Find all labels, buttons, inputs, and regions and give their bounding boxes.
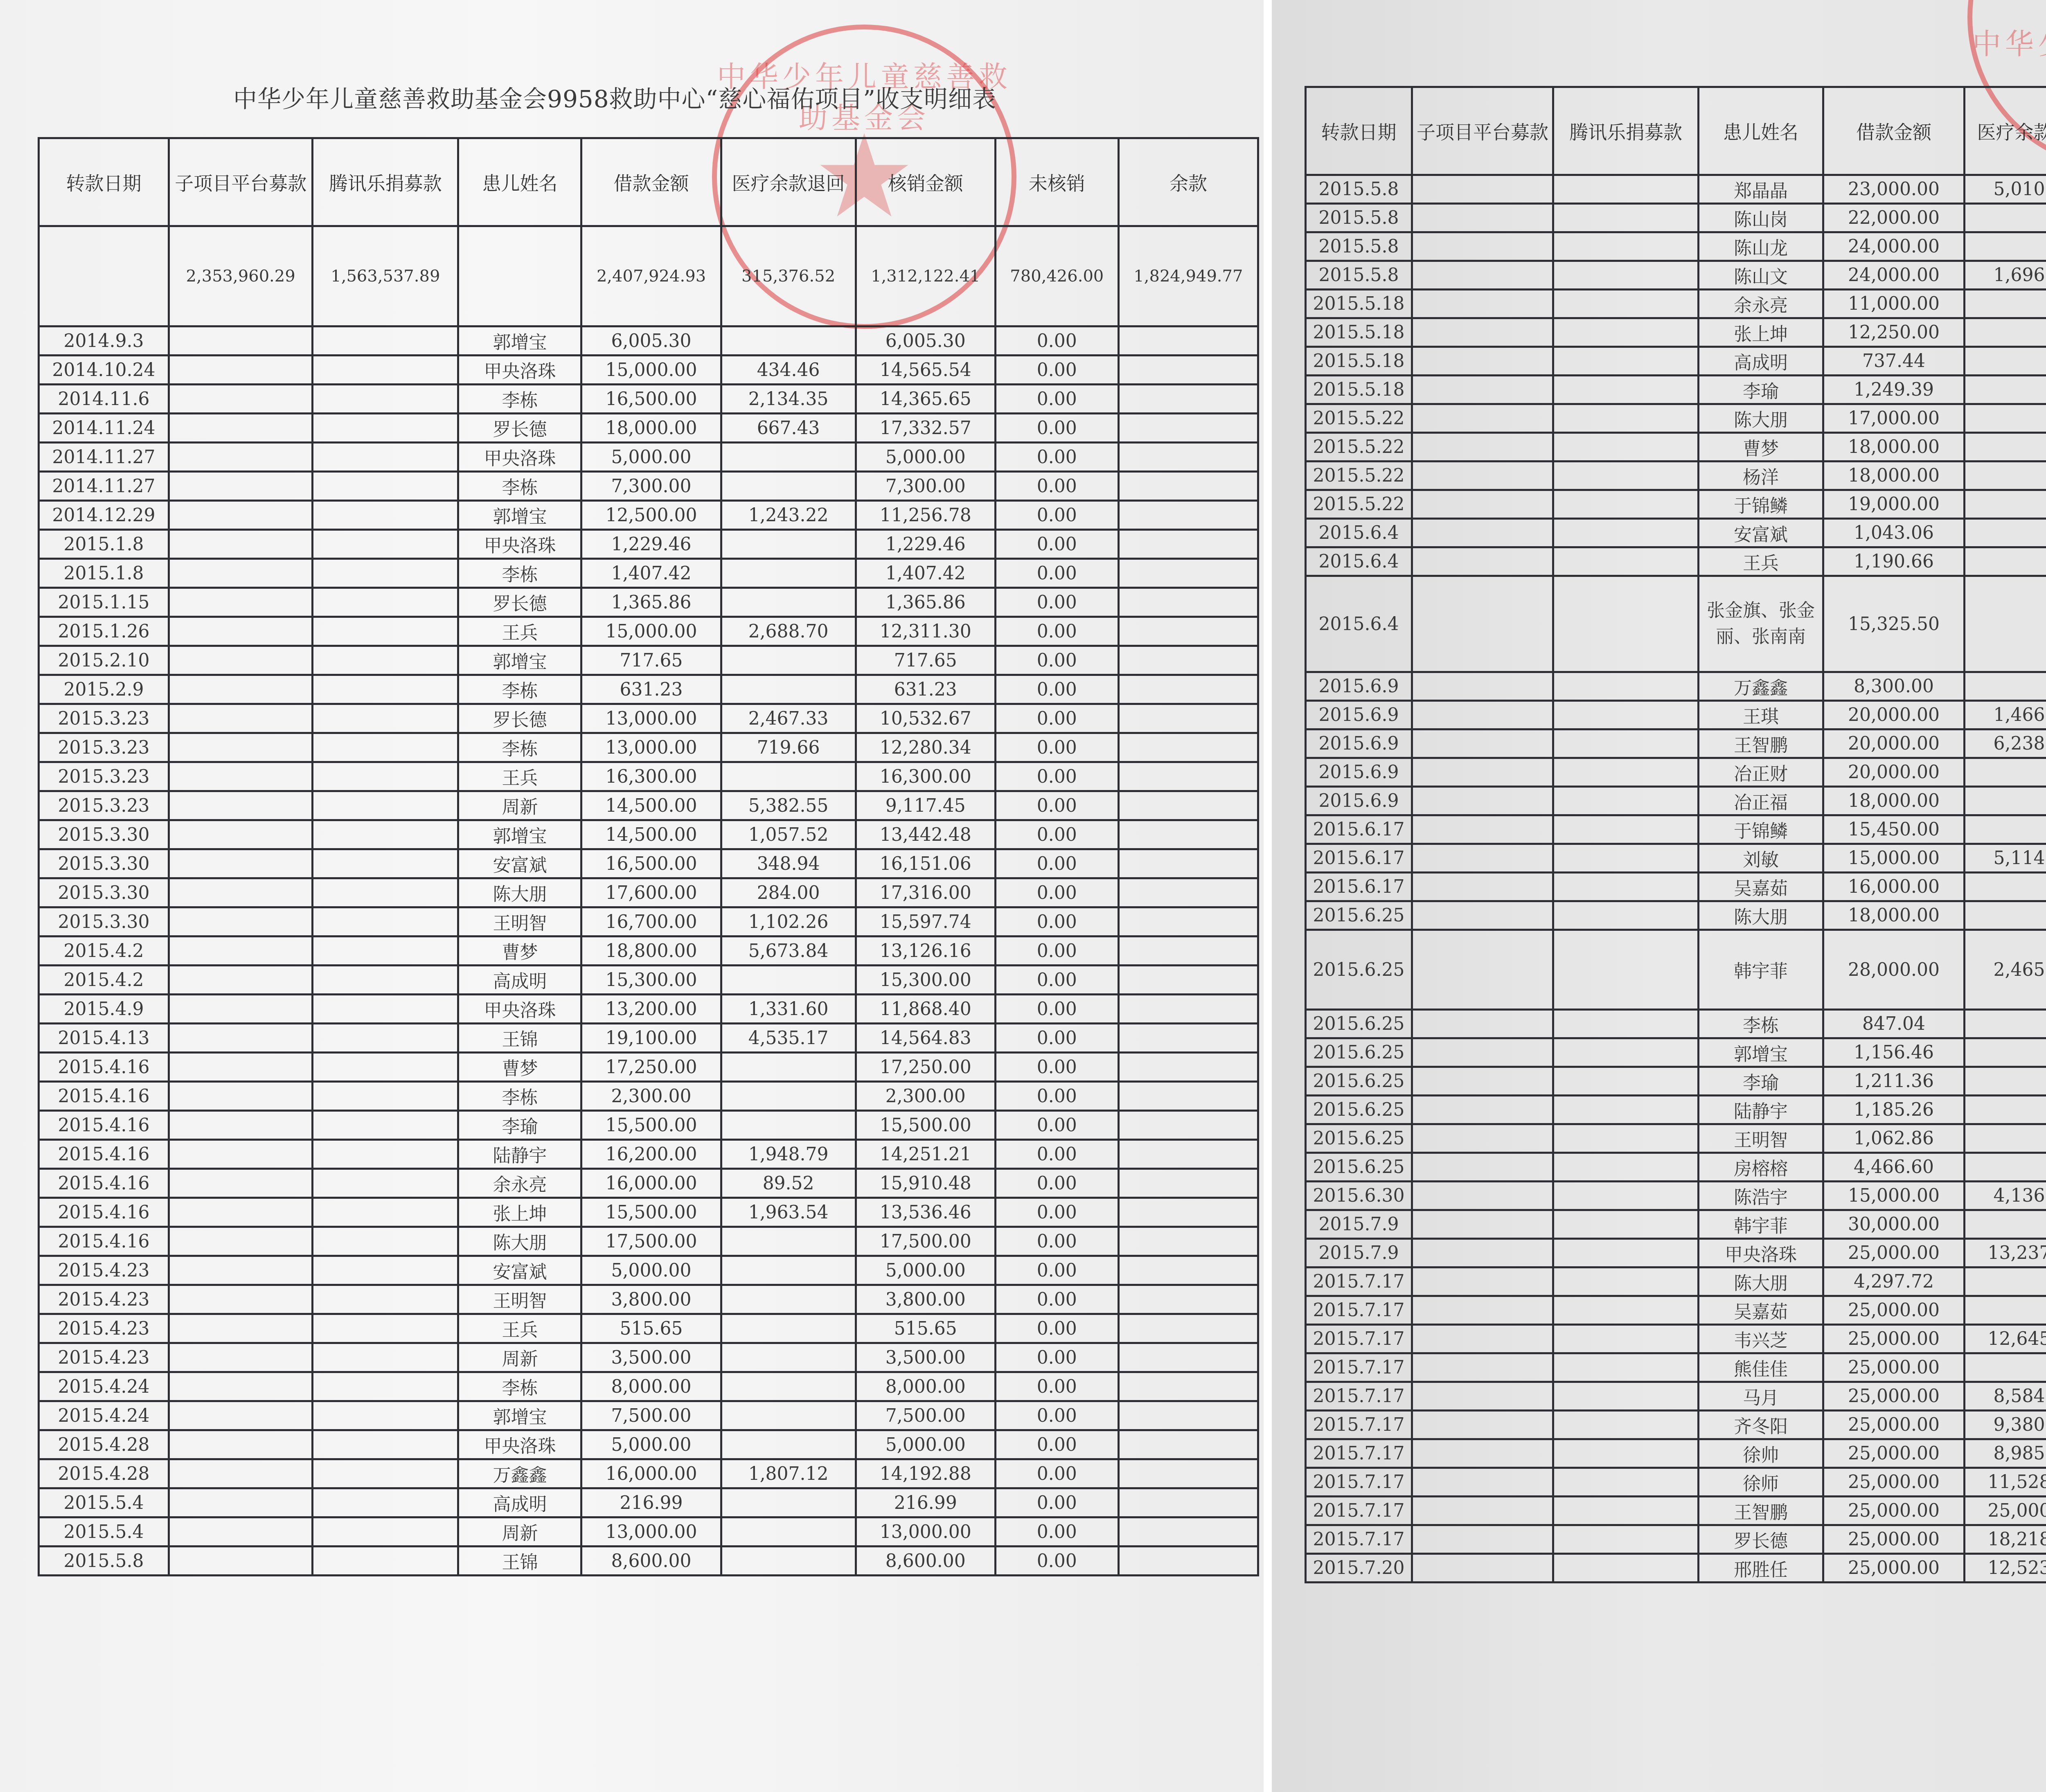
cell-writeoff-amount: 17,332.57: [856, 414, 995, 443]
cell-patient-name: 李栋: [458, 559, 581, 588]
cell-subproject-platform: [1412, 261, 1553, 290]
table-row: 2014.11.6李栋16,500.002,134.3514,365.650.0…: [39, 385, 1258, 414]
cell-patient-name: 王明智: [1699, 1124, 1823, 1153]
cell-tencent-donation: [1553, 519, 1699, 547]
cell-medical-refund: [721, 1517, 856, 1547]
cell-writeoff-amount: 8,000.00: [856, 1372, 995, 1401]
cell-balance: [1118, 791, 1258, 820]
cell-transfer-date: 2015.6.25: [1306, 930, 1412, 1010]
cell-subproject-platform: [169, 937, 313, 966]
cell-writeoff-amount: 11,868.40: [856, 995, 995, 1024]
cell-tencent-donation: [313, 1227, 458, 1256]
table-row: 2015.6.25李栋847.04847.040.00: [1306, 1010, 2046, 1038]
cell-writeoff-amount: 5,000.00: [856, 1256, 995, 1285]
cell-balance: [1118, 675, 1258, 704]
cell-balance: [1118, 1488, 1258, 1517]
cell-loan-amount: 25,000.00: [1823, 1382, 1965, 1411]
table-row: 2015.5.18李瑜1,249.391,249.390.00: [1306, 376, 2046, 404]
cell-loan-amount: 19,100.00: [581, 1024, 721, 1053]
cell-transfer-date: 2015.6.25: [1306, 901, 1412, 930]
cell-writeoff-amount: 3,500.00: [856, 1343, 995, 1372]
cell-writeoff-amount: 12,311.30: [856, 617, 995, 646]
total-writeoff: 1,312,122.41: [856, 226, 995, 326]
cell-subproject-platform: [169, 791, 313, 820]
table-row: 2015.2.10郭增宝717.65717.650.00: [39, 646, 1258, 675]
cell-medical-refund: [1965, 1153, 2046, 1182]
cell-transfer-date: 2015.5.18: [1306, 376, 1412, 404]
cell-transfer-date: 2015.4.28: [39, 1459, 169, 1488]
cell-transfer-date: 2015.1.15: [39, 588, 169, 617]
cell-tencent-donation: [1553, 462, 1699, 490]
cell-balance: [1118, 1140, 1258, 1169]
cell-loan-amount: 15,325.50: [1823, 576, 1965, 672]
table-row: 2015.4.24郭增宝7,500.007,500.000.00: [39, 1401, 1258, 1430]
cell-subproject-platform: [169, 356, 313, 385]
cell-writeoff-amount: 13,126.16: [856, 937, 995, 966]
total-refund: 315,376.52: [721, 226, 856, 326]
total-date: [39, 226, 169, 326]
cell-loan-amount: 13,200.00: [581, 995, 721, 1024]
document-page-right: 中华少年儿童慈善救助基金会 ★ 转款日期子项目平台募款腾讯乐捐募款患儿姓名借款金…: [1272, 0, 2046, 1792]
cell-balance: [1118, 762, 1258, 791]
table-row: 2015.4.28甲央洛珠5,000.005,000.000.00: [39, 1430, 1258, 1459]
cell-transfer-date: 2015.5.8: [1306, 204, 1412, 232]
cell-loan-amount: 15,500.00: [581, 1198, 721, 1227]
cell-tencent-donation: [313, 588, 458, 617]
column-header-writeoff-amount: 核销金额: [856, 138, 995, 226]
cell-medical-refund: [721, 1111, 856, 1140]
total-loan: 2,407,924.93: [581, 226, 721, 326]
cell-writeoff-amount: 8,600.00: [856, 1547, 995, 1576]
cell-patient-name: 甲央洛珠: [458, 995, 581, 1024]
cell-tencent-donation: [1553, 1182, 1699, 1210]
cell-patient-name: 罗长德: [458, 588, 581, 617]
table-row: 2015.2.9李栋631.23631.230.00: [39, 675, 1258, 704]
cell-tencent-donation: [313, 1459, 458, 1488]
cell-patient-name: 甲央洛珠: [1699, 1239, 1823, 1267]
cell-medical-refund: [1965, 1124, 2046, 1153]
cell-medical-refund: [1965, 576, 2046, 672]
cell-transfer-date: 2015.4.16: [39, 1198, 169, 1227]
cell-loan-amount: 18,000.00: [1823, 901, 1965, 930]
cell-writeoff-amount: 10,532.67: [856, 704, 995, 733]
cell-patient-name: 陆静宇: [1699, 1096, 1823, 1124]
cell-loan-amount: 25,000.00: [1823, 1239, 1965, 1267]
cell-pending: 0.00: [995, 1547, 1118, 1576]
cell-medical-refund: [1965, 232, 2046, 261]
cell-balance: [1118, 530, 1258, 559]
cell-loan-amount: 18,800.00: [581, 937, 721, 966]
cell-medical-refund: [721, 530, 856, 559]
cell-tencent-donation: [1553, 547, 1699, 576]
cell-tencent-donation: [313, 762, 458, 791]
cell-balance: [1118, 326, 1258, 356]
cell-patient-name: 韦兴芝: [1699, 1325, 1823, 1353]
cell-tencent-donation: [313, 1140, 458, 1169]
cell-loan-amount: 14,500.00: [581, 791, 721, 820]
cell-subproject-platform: [169, 762, 313, 791]
cell-balance: [1118, 733, 1258, 762]
table-row: 2015.6.17刘敏15,000.005,114.969,885.040.00: [1306, 844, 2046, 873]
cell-pending: 0.00: [995, 1111, 1118, 1140]
column-header-pending: 未核销: [995, 138, 1118, 226]
cell-transfer-date: 2015.7.17: [1306, 1296, 1412, 1325]
cell-patient-name: 冶正财: [1699, 758, 1823, 787]
cell-transfer-date: 2015.6.25: [1306, 1067, 1412, 1096]
cell-pending: 0.00: [995, 820, 1118, 849]
cell-patient-name: 郭增宝: [458, 646, 581, 675]
cell-loan-amount: 15,000.00: [581, 356, 721, 385]
cell-loan-amount: 1,211.36: [1823, 1067, 1965, 1096]
cell-patient-name: 郭增宝: [458, 820, 581, 849]
cell-tencent-donation: [1553, 290, 1699, 318]
cell-tencent-donation: [313, 995, 458, 1024]
cell-transfer-date: 2015.5.18: [1306, 290, 1412, 318]
cell-subproject-platform: [169, 1198, 313, 1227]
cell-balance: [1118, 1169, 1258, 1198]
cell-writeoff-amount: 11,256.78: [856, 501, 995, 530]
cell-tencent-donation: [1553, 815, 1699, 844]
cell-subproject-platform: [1412, 1096, 1553, 1124]
cell-patient-name: 李栋: [458, 1372, 581, 1401]
cell-patient-name: 陈浩宇: [1699, 1182, 1823, 1210]
cell-subproject-platform: [1412, 930, 1553, 1010]
cell-medical-refund: [721, 559, 856, 588]
table-row: 2015.6.17吴嘉茹16,000.0016,000.00: [1306, 873, 2046, 901]
total-name: [458, 226, 581, 326]
table-row: 2015.6.4王兵1,190.661,190.660.00: [1306, 547, 2046, 576]
cell-tencent-donation: [313, 326, 458, 356]
table-row: 2015.3.23王兵16,300.0016,300.000.00: [39, 762, 1258, 791]
cell-tencent-donation: [1553, 576, 1699, 672]
cell-patient-name: 王明智: [458, 907, 581, 937]
cell-medical-refund: [1965, 873, 2046, 901]
cell-loan-amount: 1,185.26: [1823, 1096, 1965, 1124]
cell-patient-name: 王兵: [458, 617, 581, 646]
table-row: 2015.3.23周新14,500.005,382.559,117.450.00: [39, 791, 1258, 820]
table-row: 2015.4.16张上坤15,500.001,963.5413,536.460.…: [39, 1198, 1258, 1227]
cell-subproject-platform: [169, 559, 313, 588]
cell-writeoff-amount: 3,800.00: [856, 1285, 995, 1314]
cell-tencent-donation: [1553, 1325, 1699, 1353]
cell-tencent-donation: [1553, 1239, 1699, 1267]
table-row: 2015.3.30郭增宝14,500.001,057.5213,442.480.…: [39, 820, 1258, 849]
cell-patient-name: 李栋: [1699, 1010, 1823, 1038]
cell-loan-amount: 1,365.86: [581, 588, 721, 617]
cell-subproject-platform: [169, 1547, 313, 1576]
table-row: 2015.4.9甲央洛珠13,200.001,331.6011,868.400.…: [39, 995, 1258, 1024]
cell-writeoff-amount: 9,117.45: [856, 791, 995, 820]
cell-balance: [1118, 1372, 1258, 1401]
cell-pending: 0.00: [995, 1256, 1118, 1285]
cell-tencent-donation: [313, 733, 458, 762]
cell-patient-name: 于锦鳞: [1699, 815, 1823, 844]
table-row: 2015.6.25陆静宇1,185.261,185.260.00: [1306, 1096, 2046, 1124]
cell-loan-amount: 15,300.00: [581, 966, 721, 995]
cell-medical-refund: 12,523.78: [1965, 1554, 2046, 1583]
cell-patient-name: 熊佳佳: [1699, 1353, 1823, 1382]
cell-transfer-date: 2015.2.10: [39, 646, 169, 675]
cell-patient-name: 陈大朋: [1699, 1267, 1823, 1296]
cell-transfer-date: 2015.1.8: [39, 559, 169, 588]
cell-patient-name: 徐师: [1699, 1468, 1823, 1497]
cell-tencent-donation: [313, 1285, 458, 1314]
cell-loan-amount: 30,000.00: [1823, 1210, 1965, 1239]
cell-transfer-date: 2015.6.9: [1306, 787, 1412, 815]
cell-medical-refund: 18,218.37: [1965, 1525, 2046, 1554]
table-row: 2015.4.13王锦19,100.004,535.1714,564.830.0…: [39, 1024, 1258, 1053]
cell-balance: [1118, 1082, 1258, 1111]
cell-patient-name: 王兵: [458, 762, 581, 791]
cell-subproject-platform: [169, 1082, 313, 1111]
cell-loan-amount: 17,500.00: [581, 1227, 721, 1256]
cell-patient-name: 陈山岗: [1699, 204, 1823, 232]
cell-subproject-platform: [1412, 490, 1553, 519]
cell-patient-name: 齐冬阳: [1699, 1411, 1823, 1439]
cell-transfer-date: 2015.7.17: [1306, 1353, 1412, 1382]
table-row: 2014.10.24甲央洛珠15,000.00434.4614,565.540.…: [39, 356, 1258, 385]
cell-loan-amount: 16,200.00: [581, 1140, 721, 1169]
cell-transfer-date: 2015.2.9: [39, 675, 169, 704]
cell-balance: [1118, 472, 1258, 501]
cell-transfer-date: 2015.4.23: [39, 1343, 169, 1372]
cell-loan-amount: 13,000.00: [581, 1517, 721, 1547]
cell-tencent-donation: [313, 385, 458, 414]
cell-pending: 0.00: [995, 733, 1118, 762]
cell-patient-name: 罗长德: [458, 414, 581, 443]
cell-medical-refund: 2,467.33: [721, 704, 856, 733]
cell-tencent-donation: [1553, 376, 1699, 404]
cell-transfer-date: 2015.6.4: [1306, 576, 1412, 672]
cell-subproject-platform: [1412, 175, 1553, 204]
cell-patient-name: 吴嘉茹: [1699, 873, 1823, 901]
cell-medical-refund: 719.66: [721, 733, 856, 762]
table-row: 2015.7.17马月25,000.008,584.0216,415.980.0…: [1306, 1382, 2046, 1411]
cell-patient-name: 安富斌: [458, 849, 581, 878]
cell-tencent-donation: [1553, 318, 1699, 347]
cell-medical-refund: [721, 1430, 856, 1459]
cell-patient-name: 韩宇菲: [1699, 930, 1823, 1010]
cell-tencent-donation: [1553, 1497, 1699, 1525]
table-row: 2015.4.16李栋2,300.002,300.000.00: [39, 1082, 1258, 1111]
cell-transfer-date: 2015.3.30: [39, 907, 169, 937]
ledger-table-right: 转款日期子项目平台募款腾讯乐捐募款患儿姓名借款金额医疗余款退回核销金额未核销余款…: [1305, 86, 2046, 1583]
cell-transfer-date: 2015.5.22: [1306, 404, 1412, 433]
cell-pending: 0.00: [995, 1343, 1118, 1372]
cell-writeoff-amount: 5,000.00: [856, 1430, 995, 1459]
cell-balance: [1118, 1343, 1258, 1372]
cell-loan-amount: 6,005.30: [581, 326, 721, 356]
cell-transfer-date: 2015.5.4: [39, 1488, 169, 1517]
cell-patient-name: 徐帅: [1699, 1439, 1823, 1468]
cell-loan-amount: 15,450.00: [1823, 815, 1965, 844]
cell-loan-amount: 24,000.00: [1823, 232, 1965, 261]
cell-pending: 0.00: [995, 937, 1118, 966]
cell-loan-amount: 15,000.00: [581, 617, 721, 646]
cell-writeoff-amount: 15,500.00: [856, 1111, 995, 1140]
column-header-tencent-donation: 腾讯乐捐募款: [1553, 87, 1699, 175]
cell-transfer-date: 2015.6.17: [1306, 815, 1412, 844]
cell-pending: 0.00: [995, 1169, 1118, 1198]
cell-writeoff-amount: 7,300.00: [856, 472, 995, 501]
cell-tencent-donation: [313, 1401, 458, 1430]
document-page-left: 中华少年儿童慈善救助基金会 ★ 中华少年儿童慈善救助基金会9958救助中心“慈心…: [0, 0, 1264, 1792]
cell-tencent-donation: [1553, 1411, 1699, 1439]
cell-transfer-date: 2015.3.23: [39, 733, 169, 762]
cell-patient-name: 李瑜: [1699, 376, 1823, 404]
cell-patient-name: 冶正福: [1699, 787, 1823, 815]
cell-subproject-platform: [1412, 1468, 1553, 1497]
table-row: 2014.11.24罗长德18,000.00667.4317,332.570.0…: [39, 414, 1258, 443]
cell-patient-name: 郭增宝: [458, 1401, 581, 1430]
cell-transfer-date: 2015.7.17: [1306, 1382, 1412, 1411]
cell-patient-name: 万鑫鑫: [458, 1459, 581, 1488]
table-row: 2015.5.8陈山岗22,000.0022,000.000.00: [1306, 204, 2046, 232]
cell-patient-name: 王锦: [458, 1024, 581, 1053]
cell-subproject-platform: [169, 646, 313, 675]
cell-patient-name: 吴嘉茹: [1699, 1296, 1823, 1325]
table-row: 2015.7.17齐冬阳25,000.009,380.8815,619.120.…: [1306, 1411, 2046, 1439]
cell-tencent-donation: [1553, 701, 1699, 729]
cell-pending: 0.00: [995, 1430, 1118, 1459]
cell-transfer-date: 2014.10.24: [39, 356, 169, 385]
cell-tencent-donation: [1553, 1296, 1699, 1325]
cell-medical-refund: [721, 1547, 856, 1576]
cell-tencent-donation: [313, 907, 458, 937]
cell-tencent-donation: [313, 849, 458, 878]
cell-subproject-platform: [1412, 462, 1553, 490]
cell-subproject-platform: [1412, 290, 1553, 318]
table-row: 2015.4.2高成明15,300.0015,300.000.00: [39, 966, 1258, 995]
cell-tencent-donation: [313, 1111, 458, 1140]
cell-subproject-platform: [169, 326, 313, 356]
cell-tencent-donation: [1553, 490, 1699, 519]
cell-subproject-platform: [1412, 1382, 1553, 1411]
cell-medical-refund: [721, 1488, 856, 1517]
cell-loan-amount: 13,000.00: [581, 733, 721, 762]
cell-loan-amount: 17,000.00: [1823, 404, 1965, 433]
cell-balance: [1118, 995, 1258, 1024]
total-pending: 780,426.00: [995, 226, 1118, 326]
cell-tencent-donation: [1553, 1124, 1699, 1153]
cell-loan-amount: 3,800.00: [581, 1285, 721, 1314]
table-row: 2015.1.8甲央洛珠1,229.461,229.460.00: [39, 530, 1258, 559]
cell-subproject-platform: [1412, 1554, 1553, 1583]
cell-patient-name: 甲央洛珠: [458, 530, 581, 559]
cell-pending: 0.00: [995, 1517, 1118, 1547]
table-row: 2015.4.2曹梦18,800.005,673.8413,126.160.00: [39, 937, 1258, 966]
cell-medical-refund: 5,114.96: [1965, 844, 2046, 873]
table-row: 2014.12.29郭增宝12,500.001,243.2211,256.780…: [39, 501, 1258, 530]
column-header-subproject-platform: 子项目平台募款: [1412, 87, 1553, 175]
cell-subproject-platform: [1412, 376, 1553, 404]
cell-subproject-platform: [169, 849, 313, 878]
table-row: 2015.7.17徐帅25,000.008,985.8016,014.200.0…: [1306, 1439, 2046, 1468]
cell-loan-amount: 25,000.00: [1823, 1325, 1965, 1353]
cell-loan-amount: 19,000.00: [1823, 490, 1965, 519]
cell-subproject-platform: [1412, 844, 1553, 873]
cell-tencent-donation: [313, 1082, 458, 1111]
cell-pending: 0.00: [995, 1024, 1118, 1053]
page-divider: [1264, 0, 1272, 1792]
cell-patient-name: 万鑫鑫: [1699, 672, 1823, 701]
table-row: 2015.6.30陈浩宇15,000.004,136.7610,863.240.…: [1306, 1182, 2046, 1210]
cell-patient-name: 罗长德: [458, 704, 581, 733]
cell-patient-name: 李栋: [458, 472, 581, 501]
cell-tencent-donation: [1553, 1468, 1699, 1497]
cell-medical-refund: [1965, 1296, 2046, 1325]
cell-transfer-date: 2015.4.16: [39, 1111, 169, 1140]
cell-transfer-date: 2015.3.30: [39, 820, 169, 849]
cell-tencent-donation: [313, 675, 458, 704]
table-row: 2015.4.23安富斌5,000.005,000.000.00: [39, 1256, 1258, 1285]
cell-medical-refund: [1965, 758, 2046, 787]
totals-row: 2,353,960.29 1,563,537.89 2,407,924.93 3…: [39, 226, 1258, 326]
cell-writeoff-amount: 17,250.00: [856, 1053, 995, 1082]
cell-pending: 0.00: [995, 995, 1118, 1024]
cell-pending: 0.00: [995, 646, 1118, 675]
cell-subproject-platform: [1412, 672, 1553, 701]
cell-transfer-date: 2015.4.23: [39, 1256, 169, 1285]
cell-patient-name: 安富斌: [1699, 519, 1823, 547]
cell-patient-name: 陆静宇: [458, 1140, 581, 1169]
cell-medical-refund: [721, 588, 856, 617]
cell-tencent-donation: [313, 414, 458, 443]
cell-patient-name: 甲央洛珠: [458, 443, 581, 472]
cell-loan-amount: 20,000.00: [1823, 758, 1965, 787]
cell-tencent-donation: [313, 1517, 458, 1547]
cell-medical-refund: [721, 472, 856, 501]
column-header-tencent-donation: 腾讯乐捐募款: [313, 138, 458, 226]
cell-tencent-donation: [1553, 1153, 1699, 1182]
cell-subproject-platform: [1412, 1267, 1553, 1296]
cell-transfer-date: 2015.6.9: [1306, 701, 1412, 729]
cell-transfer-date: 2015.3.30: [39, 849, 169, 878]
cell-subproject-platform: [169, 1140, 313, 1169]
cell-balance: [1118, 1111, 1258, 1140]
cell-transfer-date: 2015.4.24: [39, 1401, 169, 1430]
cell-transfer-date: 2015.4.16: [39, 1140, 169, 1169]
cell-pending: 0.00: [995, 791, 1118, 820]
cell-tencent-donation: [313, 356, 458, 385]
cell-writeoff-amount: 1,407.42: [856, 559, 995, 588]
cell-transfer-date: 2015.4.9: [39, 995, 169, 1024]
cell-loan-amount: 5,000.00: [581, 443, 721, 472]
cell-transfer-date: 2015.5.4: [39, 1517, 169, 1547]
cell-medical-refund: 2,688.70: [721, 617, 856, 646]
cell-medical-refund: [721, 1314, 856, 1343]
table-row: 2015.3.30安富斌16,500.00348.9416,151.060.00: [39, 849, 1258, 878]
cell-balance: [1118, 501, 1258, 530]
cell-subproject-platform: [169, 385, 313, 414]
table-row: 2015.1.15罗长德1,365.861,365.860.00: [39, 588, 1258, 617]
cell-medical-refund: [1965, 433, 2046, 462]
cell-tencent-donation: [313, 878, 458, 907]
cell-tencent-donation: [1553, 404, 1699, 433]
cell-patient-name: 王琪: [1699, 701, 1823, 729]
cell-pending: 0.00: [995, 1198, 1118, 1227]
table-row: 2015.5.18张上坤12,250.0012,250.000.00: [1306, 318, 2046, 347]
cell-medical-refund: [1965, 1096, 2046, 1124]
cell-writeoff-amount: 216.99: [856, 1488, 995, 1517]
cell-medical-refund: 4,136.76: [1965, 1182, 2046, 1210]
cell-tencent-donation: [313, 646, 458, 675]
cell-patient-name: 王智鹏: [1699, 1497, 1823, 1525]
document-title: 中华少年儿童慈善救助基金会9958救助中心“慈心福佑项目”收支明细表: [233, 80, 996, 114]
cell-pending: 0.00: [995, 588, 1118, 617]
cell-pending: 0.00: [995, 675, 1118, 704]
cell-tencent-donation: [313, 820, 458, 849]
